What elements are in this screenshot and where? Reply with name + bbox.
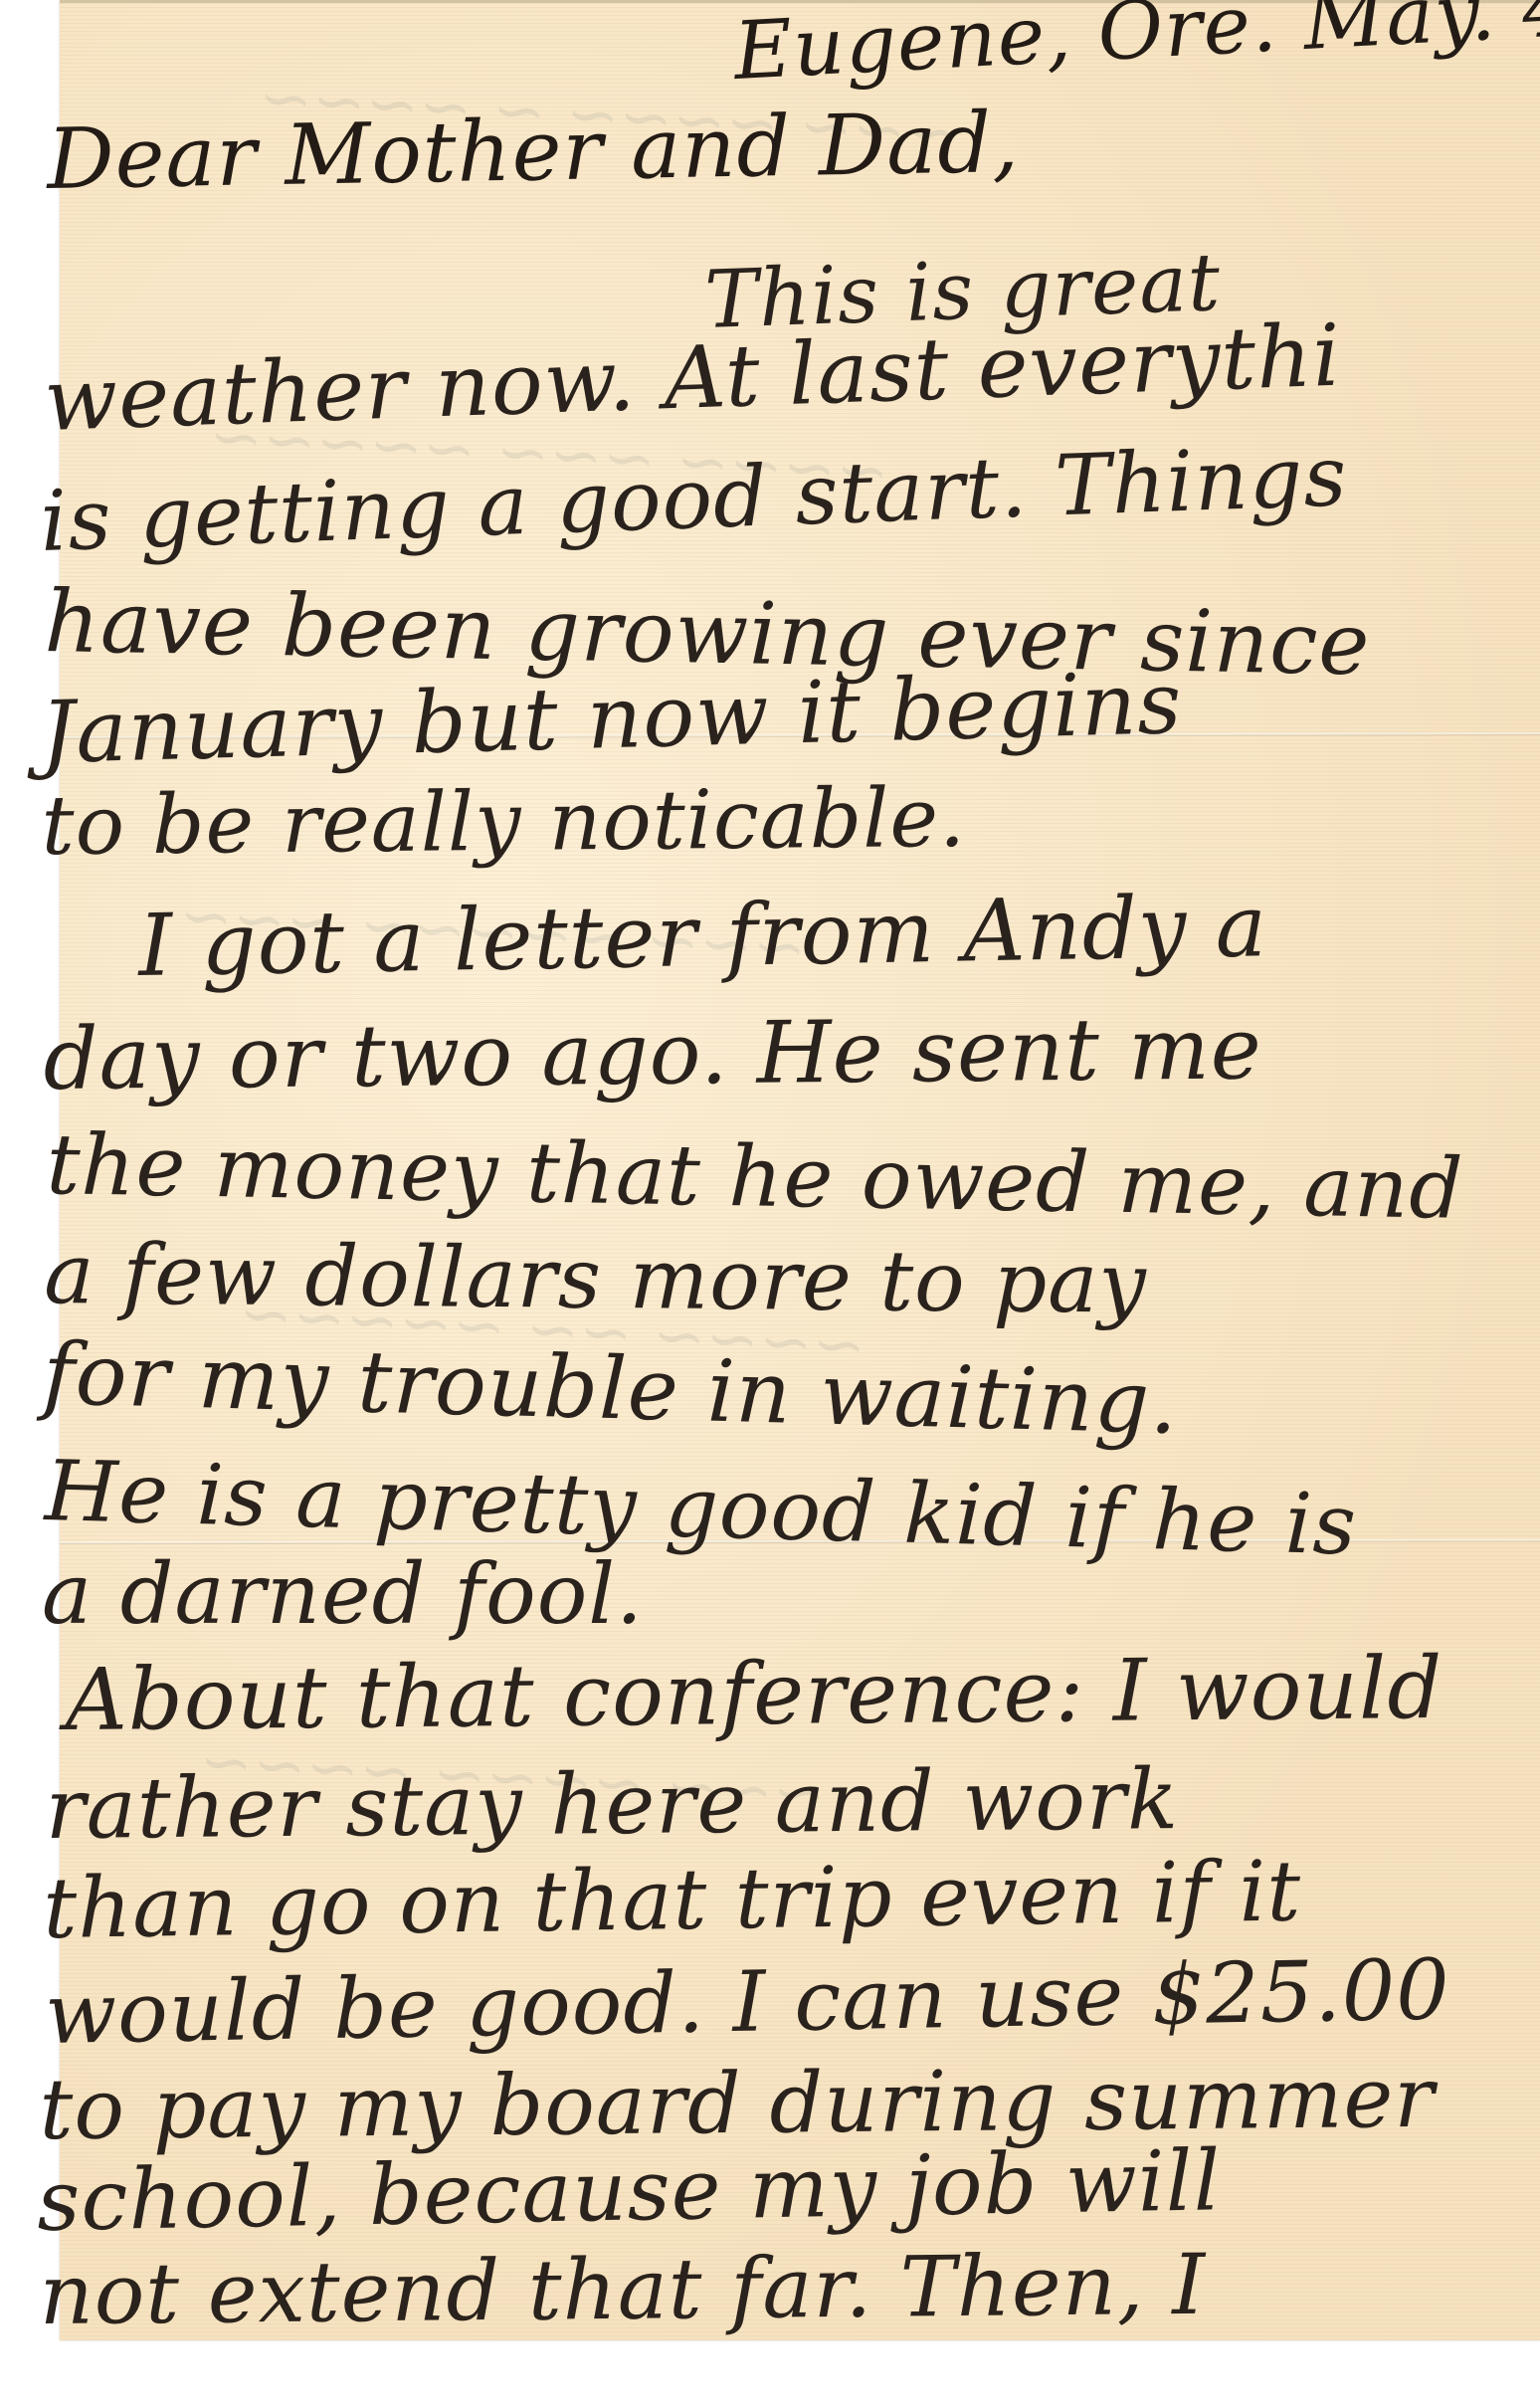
letter-body-line: to pay my board during summer [39,2056,1435,2151]
letter-body-line: for my trouble in waiting. [42,1331,1179,1447]
letter-body-line: day or two ago. He sent me [43,1006,1262,1103]
letter-body-line: school, because my job will [37,2138,1223,2243]
letter-body-line: a few dollars more to pay [44,1232,1147,1325]
letter-body-line: is getting a good start. Things [39,434,1349,563]
letter-heading-place-date: Eugene, Ore. May. 4, '1 [732,0,1540,92]
letter-body-line: the money that he owed me, and [46,1122,1464,1231]
letter-body-line: weather now. At last everythi [43,313,1342,444]
letter-body-line: a darned fool. [42,1552,644,1636]
letter-salutation: Dear Mother and Dad, [47,100,1021,201]
letter-paper: ~~~ ~~~~ ~ ~~~~ ~~~~ ~~~ ~~~~~ ~~~ ~~~~~… [60,0,1540,2340]
letter-body-line: I got a letter from Andy a [137,884,1267,989]
letter-body-line: to be really noticable. [41,778,966,868]
letter-body-line: rather stay here and work [45,1757,1179,1851]
letter-body-line: than go on that trip even if it [43,1849,1302,1950]
letter-body-line: not extend that far. Then, I [39,2243,1206,2336]
letter-body-line: would be good. I can use $25.00 [45,1947,1451,2056]
letter-body-line: January but now it begins [40,661,1184,776]
letter-body-line: About that conference: I would [65,1646,1443,1743]
